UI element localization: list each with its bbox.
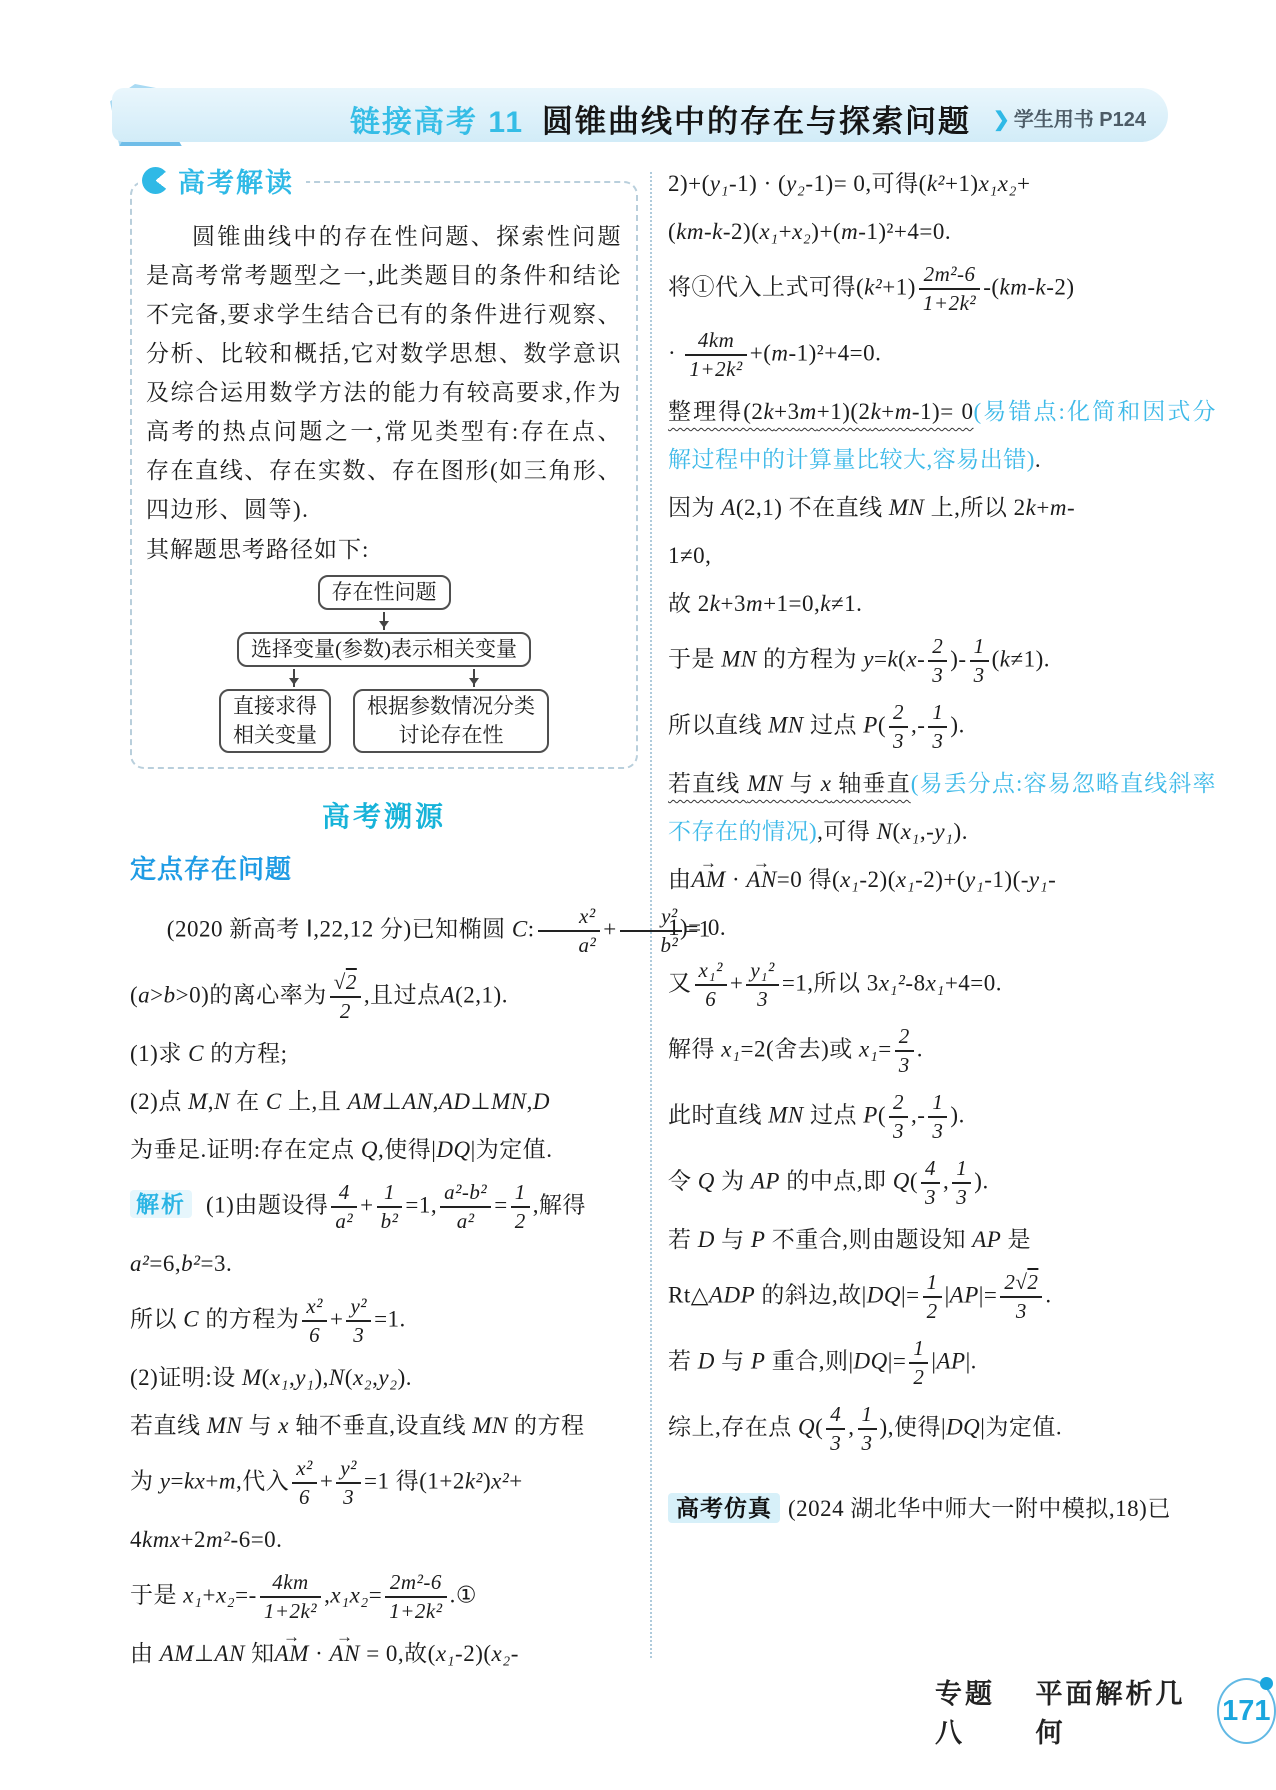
flow-arrow-left-icon [293, 669, 295, 687]
text-line: 若直线 MN 与 x 轴不垂直,设直线 MN 的方程 [130, 1402, 638, 1450]
text-line: (a>b>0)的离心率为√22,且过点A(2,1). [130, 964, 638, 1030]
solution-left-text: 解析(1)由题设得4a²+1b²=1,a²-b²a²=12,解得a²=6,b²=… [130, 1174, 638, 1678]
text-line: (2020 新高考 Ⅰ,22,12 分)已知椭圆 C:x²a²+y²b²=1 [130, 898, 638, 964]
text-line: a²=6,b²=3. [130, 1240, 638, 1288]
right-column: 2)+(y₁-1) · (y₂-1)= 0,可得(k²+1)x₁x₂+(km-k… [668, 160, 1216, 1533]
text-line: 整理得(2k+3m+1)(2k+m-1)= 0(易错点:化简和因式分解过程中的计… [668, 388, 1216, 484]
text-line: Rt△ADP 的斜边,故|DQ|=12|AP|=2√23. [668, 1264, 1216, 1330]
flow-node-direct-solve-line2: 相关变量 [233, 721, 317, 750]
footer-chapter-title: 平面解析几何 [1036, 1672, 1197, 1750]
gaokao-jiedu-box: 高考解读 圆锥曲线中的存在性问题、探索性问题是高考常考题型之一,此类题目的条件和… [130, 181, 638, 769]
flow-arrow-down-icon [383, 612, 385, 630]
suyuan-heading: 高考溯源 [130, 795, 638, 835]
flow-node-direct-solve-line1: 直接求得 [233, 692, 317, 721]
text-line: 所以 C 的方程为x²6+y²3=1. [130, 1288, 638, 1354]
problem-text: (2020 新高考 Ⅰ,22,12 分)已知椭圆 C:x²a²+y²b²=1(a… [130, 898, 638, 1174]
flow-node-existence: 存在性问题 [318, 575, 451, 610]
flowchart: 存在性问题 选择变量(参数)表示相关变量 直接求得 相关变量 根据参数情况分类 … [146, 575, 622, 753]
left-column: 高考解读 圆锥曲线中的存在性问题、探索性问题是高考常考题型之一,此类题目的条件和… [130, 165, 638, 1678]
text-line: 因为 A(2,1) 不在直线 MN 上,所以 2k+m- [668, 484, 1216, 532]
text-line: 所以直线 MN 过点 P(23,-13). [668, 694, 1216, 760]
text-line: · 4km1+2k²+(m-1)²+4=0. [668, 322, 1216, 388]
page-badge-dot-icon [1260, 1677, 1273, 1690]
flow-branch-arrows [203, 667, 565, 689]
text-line: 解得 x₁=2(舍去)或 x₁=23. [668, 1018, 1216, 1084]
chevron-icon: ❯ [993, 109, 1010, 131]
jiedu-title: 高考解读 [138, 161, 306, 200]
text-line: (2)点 M,N 在 C 上,且 AM⊥AN,AD⊥MN,D [130, 1078, 638, 1126]
solution-right-text: 2)+(y₁-1) · (y₂-1)= 0,可得(k²+1)x₁x₂+(km-k… [668, 160, 1216, 1533]
page-header-bar: 链接高考 11 圆锥曲线中的存在与探索问题 ❯学生用书 P124 [112, 88, 1168, 142]
text-line: 1≠0, [668, 532, 1216, 580]
text-line: 又x₁²6+y₁²3=1,所以 3x₁²-8x₁+4=0. [668, 952, 1216, 1018]
text-line: 若 D 与 P 不重合,则由题设知 AP 是 [668, 1216, 1216, 1264]
text-line: 于是 MN 的方程为 y=k(x-23)-13(k≠1). [668, 628, 1216, 694]
student-book-ref-text: 学生用书 P124 [1014, 109, 1146, 131]
text-line: 解析(1)由题设得4a²+1b²=1,a²-b²a²=12,解得 [130, 1174, 638, 1240]
text-line: 令 Q 为 AP 的中点,即 Q(43,13). [668, 1150, 1216, 1216]
jiedu-title-text: 高考解读 [178, 161, 294, 200]
text-line: 由 AM⊥AN 知AM · AN = 0,故(x₁-2)(x₂- [130, 1630, 638, 1678]
page-title: 圆锥曲线中的存在与探索问题 [542, 96, 971, 141]
text-line: 将①代入上式可得(k²+1)2m²-61+2k²-(km-k-2) [668, 256, 1216, 322]
text-line: (2)证明:设 M(x₁,y₁),N(x₂,y₂). [130, 1354, 638, 1402]
page-number: 171 [1222, 1695, 1270, 1728]
pacman-icon [142, 167, 169, 194]
jiedu-path-intro: 其解题思考路径如下: [146, 529, 622, 571]
text-line: 此时直线 MN 过点 P(23,-13). [668, 1084, 1216, 1150]
flow-node-choose-variable: 选择变量(参数)表示相关变量 [237, 632, 531, 667]
topic-heading: 定点存在问题 [130, 849, 638, 886]
text-line: 由AM · AN=0 得(x₁-2)(x₁-2)+(y₁-1)(-y₁- [668, 856, 1216, 904]
page-number-badge: 171 [1217, 1678, 1276, 1744]
text-line: (km-k-2)(x₁+x₂)+(m-1)²+4=0. [668, 208, 1216, 256]
text-line: 为 y=kx+m,代入x²6+y²3=1 得(1+2k²)x²+ [130, 1450, 638, 1516]
text-line: 故 2k+3m+1=0,k≠1. [668, 580, 1216, 628]
text-line: 若 D 与 P 重合,则|DQ|=12|AP|. [668, 1330, 1216, 1396]
flow-node-case-discussion: 根据参数情况分类 讨论存在性 [353, 689, 549, 753]
student-book-ref: ❯学生用书 P124 [993, 103, 1146, 132]
jiedu-paragraph: 圆锥曲线中的存在性问题、探索性问题是高考常考题型之一,此类题目的条件和结论不完备… [146, 217, 622, 529]
text-line: 为垂足.证明:存在定点 Q,使得|DQ|为定值. [130, 1126, 638, 1174]
flow-arrow-right-icon [473, 669, 475, 687]
textbook-page: { "header":{ "tag":"链接高考 11", "title":"圆… [0, 0, 1276, 1790]
text-line: 于是 x₁+x₂=-4km1+2k²,x₁x₂=2m²-61+2k².① [130, 1564, 638, 1630]
text-line: 1)= 0. [668, 904, 1216, 952]
flow-node-direct-solve: 直接求得 相关变量 [219, 689, 331, 753]
lesson-tag: 链接高考 11 [350, 97, 524, 141]
flow-node-case-discussion-line1: 根据参数情况分类 [367, 692, 535, 721]
flow-node-case-discussion-line2: 讨论存在性 [367, 721, 535, 750]
page-footer: 专题八 平面解析几何 171 [935, 1672, 1276, 1750]
flow-bottom-row: 直接求得 相关变量 根据参数情况分类 讨论存在性 [146, 689, 622, 753]
text-line: 高考仿真(2024 湖北华中师大一附中模拟,18)已 [668, 1484, 1216, 1533]
text-line: 4kmx+2m²-6=0. [130, 1516, 638, 1564]
footer-unit: 专题八 [935, 1672, 1016, 1750]
text-line: 2)+(y₁-1) · (y₂-1)= 0,可得(k²+1)x₁x₂+ [668, 160, 1216, 208]
text-line: (1)求 C 的方程; [130, 1030, 638, 1078]
text-line: 综上,存在点 Q(43,13),使得|DQ|为定值. [668, 1396, 1216, 1462]
